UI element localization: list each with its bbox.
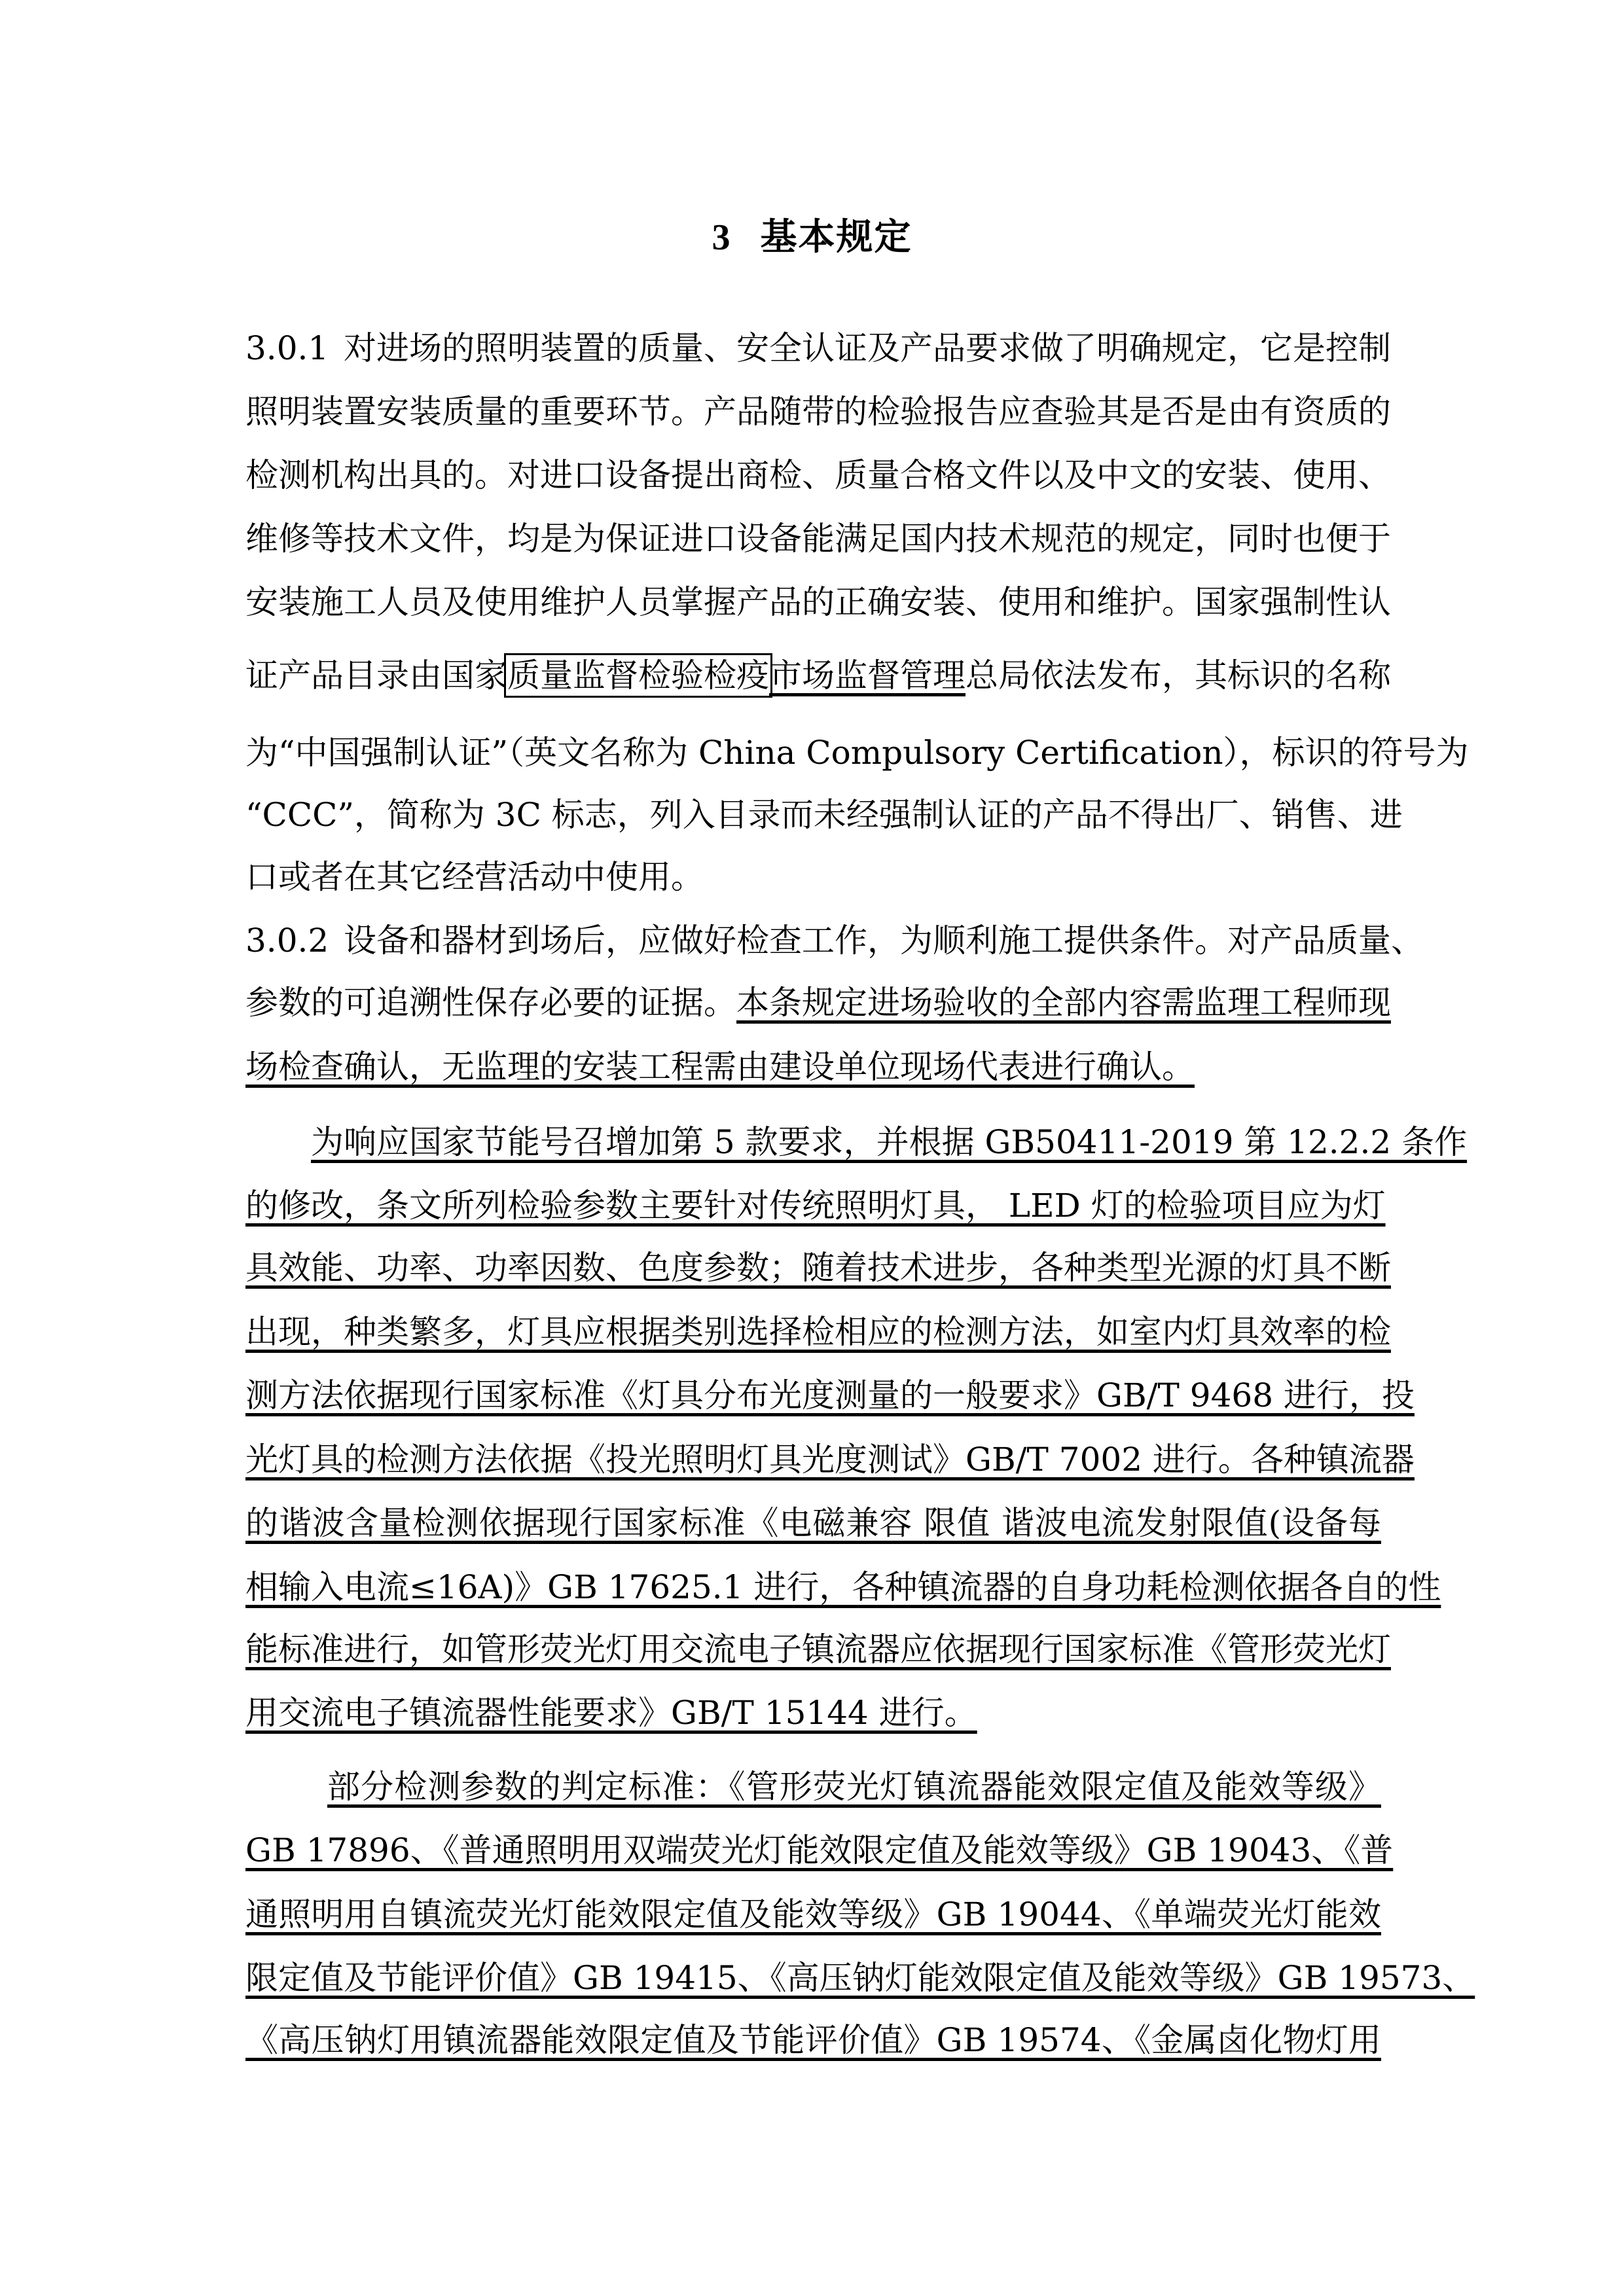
added-paragraph-2-line-5: 《高压钠灯用镇流器能效限定值及节能评价值》GB 19574、《金属卤化物灯用: [245, 2019, 1381, 2061]
added-paragraph-1-line-5: 测方法依据现行国家标准《灯具分布光度测量的一般要求》GB/T 9468 进行，投: [245, 1374, 1381, 1416]
clause-3-0-1-line-4: 维修等技术文件，均是为保证进口设备能满足国内技术规范的规定，同时也便于: [245, 518, 1381, 560]
inserted-text-underlined: 相输入电流≤16A)》GB 17625.1 进行，各种镇流器的自身功耗检测依据各…: [245, 1568, 1441, 1606]
clause-3-0-1-line-8: “CCC”，简称为 3C 标志，列入目录而未经强制认证的产品不得出厂、销售、进: [245, 794, 1381, 836]
added-paragraph-2-line-4: 限定值及节能评价值》GB 19415、《高压钠灯能效限定值及能效等级》GB 19…: [245, 1957, 1381, 1999]
added-paragraph-1-line-7: 的谐波含量检测依据现行国家标准《电磁兼容 限值 谐波电流发射限值(设备每: [245, 1502, 1381, 1544]
inserted-text-underlined: 《高压钠灯用镇流器能效限定值及节能评价值》GB 19574、《金属卤化物灯用: [245, 2021, 1381, 2059]
clause-3-0-1-line-1: 3.0.1对进场的照明装置的质量、安全认证及产品要求做了明确规定，它是控制: [245, 327, 1381, 369]
text-run: 参数的可追溯性保存必要的证据。: [245, 984, 736, 1022]
added-paragraph-1-line-8: 相输入电流≤16A)》GB 17625.1 进行，各种镇流器的自身功耗检测依据各…: [245, 1566, 1381, 1608]
section-title: 基本规定: [761, 216, 912, 259]
clause-3-0-1-line-3: 检测机构出具的。对进口设备提出商检、质量合格文件以及中文的安装、使用、: [245, 454, 1381, 496]
inserted-text-underlined: 的修改，条文所列检验参数主要针对传统照明灯具， LED 灯的检验项目应为灯: [245, 1187, 1386, 1225]
clause-number: 3.0.1: [245, 327, 344, 369]
inserted-text-underlined: 部分检测参数的判定标准：《管形荧光灯镇流器能效限定值及能效等级》: [327, 1768, 1381, 1806]
added-paragraph-2-line-1: 部分检测参数的判定标准：《管形荧光灯镇流器能效限定值及能效等级》: [327, 1766, 1381, 1808]
inserted-text-underlined: 用交流电子镇流器性能要求》GB/T 15144 进行。: [245, 1694, 977, 1732]
added-paragraph-2-line-3: 通照明用自镇流荧光灯能效限定值及能效等级》GB 19044、《单端荧光灯能效: [245, 1893, 1381, 1935]
clause-3-0-1-line-5: 安装施工人员及使用维护人员掌握产品的正确安装、使用和维护。国家强制性认: [245, 581, 1381, 623]
text-run: 总局依法发布，其标识的名称: [965, 656, 1391, 694]
inserted-text-underlined: 通照明用自镇流荧光灯能效限定值及能效等级》GB 19044、《单端荧光灯能效: [245, 1895, 1381, 1933]
added-paragraph-1-line-2: 的修改，条文所列检验参数主要针对传统照明灯具， LED 灯的检验项目应为灯: [245, 1185, 1381, 1227]
inserted-text-underlined: 光灯具的检测方法依据《投光照明灯具光度测试》GB/T 7002 进行。各种镇流器: [245, 1441, 1415, 1479]
added-paragraph-1-line-4: 出现，种类繁多，灯具应根据类别选择检相应的检测方法，如室内灯具效率的检: [245, 1311, 1381, 1353]
inserted-text-underlined: 具效能、功率、功率因数、色度参数；随着技术进步，各种类型光源的灯具不断: [245, 1249, 1391, 1287]
added-paragraph-2-line-2: GB 17896、《普通照明用双端荧光灯能效限定值及能效等级》GB 19043、…: [245, 1829, 1381, 1871]
clause-number: 3.0.2: [245, 920, 344, 961]
text-run: 对进场的照明装置的质量、安全认证及产品要求做了明确规定，它是控制: [344, 329, 1391, 367]
deleted-text-box: 质量监督检验检疫: [507, 656, 769, 694]
added-paragraph-1-line-9: 能标准进行，如管形荧光灯用交流电子镇流器应依据现行国家标准《管形荧光灯: [245, 1628, 1381, 1670]
added-paragraph-1-line-1: 为响应国家节能号召增加第 5 款要求，并根据 GB50411-2019 第 12…: [311, 1121, 1381, 1163]
clause-3-0-1-line-6: 证产品目录由国家质量监督检验检疫市场监督管理总局依法发布，其标识的名称: [245, 655, 1381, 696]
inserted-text-underlined: 场检查确认，无监理的安装工程需由建设单位现场代表进行确认。: [245, 1048, 1195, 1086]
section-heading: 3基本规定: [0, 208, 1624, 260]
inserted-text-underlined: 测方法依据现行国家标准《灯具分布光度测量的一般要求》GB/T 9468 进行，投: [245, 1376, 1415, 1414]
text-run: 证产品目录由国家: [245, 656, 507, 694]
clause-3-0-2-line-1: 3.0.2设备和器材到场后，应做好检查工作，为顺利施工提供条件。对产品质量、: [245, 920, 1381, 961]
inserted-text-underlined: GB 17896、《普通照明用双端荧光灯能效限定值及能效等级》GB 19043、…: [245, 1831, 1393, 1869]
inserted-text-underlined: 本条规定进场验收的全部内容需监理工程师现: [736, 984, 1391, 1022]
inserted-text-underlined: 限定值及节能评价值》GB 19415、《高压钠灯能效限定值及能效等级》GB 19…: [245, 1959, 1475, 1997]
inserted-text-underlined: 市场监督管理: [769, 656, 965, 694]
text-run: 设备和器材到场后，应做好检查工作，为顺利施工提供条件。对产品质量、: [344, 922, 1424, 960]
clause-3-0-2-line-3: 场检查确认，无监理的安装工程需由建设单位现场代表进行确认。: [245, 1046, 1381, 1088]
inserted-text-underlined: 为响应国家节能号召增加第 5 款要求，并根据 GB50411-2019 第 12…: [311, 1123, 1467, 1161]
clause-3-0-2-line-2: 参数的可追溯性保存必要的证据。本条规定进场验收的全部内容需监理工程师现: [245, 982, 1381, 1024]
clause-3-0-1-line-9: 口或者在其它经营活动中使用。: [245, 856, 1381, 898]
added-paragraph-1-line-3: 具效能、功率、功率因数、色度参数；随着技术进步，各种类型光源的灯具不断: [245, 1247, 1381, 1289]
clause-3-0-1-line-2: 照明装置安装质量的重要环节。产品随带的检验报告应查验其是否是由有资质的: [245, 391, 1381, 433]
inserted-text-underlined: 出现，种类繁多，灯具应根据类别选择检相应的检测方法，如室内灯具效率的检: [245, 1313, 1391, 1351]
inserted-text-underlined: 能标准进行，如管形荧光灯用交流电子镇流器应依据现行国家标准《管形荧光灯: [245, 1630, 1391, 1668]
clause-3-0-1-line-7: 为“中国强制认证”（英文名称为 China Compulsory Certifi…: [245, 732, 1381, 774]
document-page: 3基本规定 3.0.1对进场的照明装置的质量、安全认证及产品要求做了明确规定，它…: [0, 0, 1624, 2296]
section-number: 3: [712, 217, 732, 258]
inserted-text-underlined: 的谐波含量检测依据现行国家标准《电磁兼容 限值 谐波电流发射限值(设备每: [245, 1504, 1381, 1542]
added-paragraph-1-line-6: 光灯具的检测方法依据《投光照明灯具光度测试》GB/T 7002 进行。各种镇流器: [245, 1439, 1381, 1480]
added-paragraph-1-line-10: 用交流电子镇流器性能要求》GB/T 15144 进行。: [245, 1692, 1381, 1734]
